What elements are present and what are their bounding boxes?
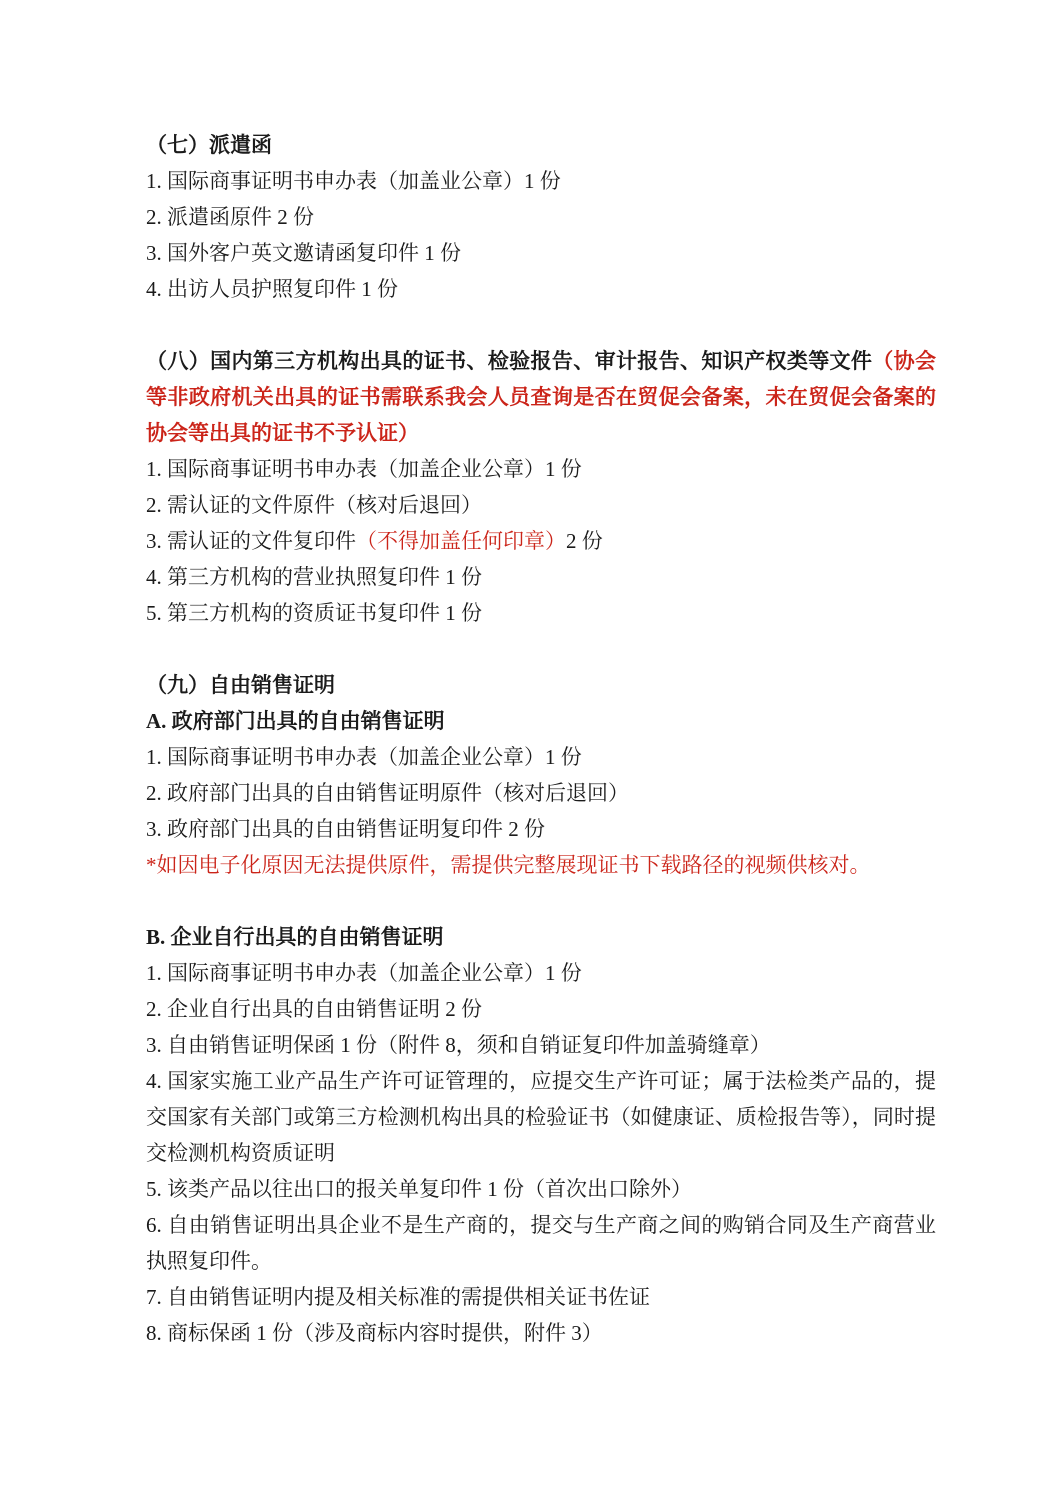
section-9-part-a-red-note: *如因电子化原因无法提供原件，需提供完整展现证书下载路径的视频供核对。 <box>146 847 936 883</box>
section-9-heading: （九）自由销售证明 <box>146 667 936 703</box>
section-8-item-3-red-note: （不得加盖任何印章） <box>356 529 566 553</box>
section-9-free-sale-certificate: （九）自由销售证明 A. 政府部门出具的自由销售证明 1. 国际商事证明书申办表… <box>146 667 936 883</box>
section-7-item-4: 4. 出访人员护照复印件 1 份 <box>146 271 936 307</box>
document-page: （七）派遣函 1. 国际商事证明书申办表（加盖业公章）1 份 2. 派遣函原件 … <box>146 127 936 1351</box>
section-9-part-b-item-3: 3. 自由销售证明保函 1 份（附件 8，须和自销证复印件加盖骑缝章） <box>146 1027 936 1063</box>
section-7-dispatch-letter: （七）派遣函 1. 国际商事证明书申办表（加盖业公章）1 份 2. 派遣函原件 … <box>146 127 936 307</box>
section-8-third-party-documents: （八）国内第三方机构出具的证书、检验报告、审计报告、知识产权类等文件（协会等非政… <box>146 343 936 631</box>
section-9-part-a-item-1: 1. 国际商事证明书申办表（加盖企业公章）1 份 <box>146 739 936 775</box>
section-9-part-b: B. 企业自行出具的自由销售证明 1. 国际商事证明书申办表（加盖企业公章）1 … <box>146 919 936 1351</box>
section-7-item-3: 3. 国外客户英文邀请函复印件 1 份 <box>146 235 936 271</box>
section-8-item-3: 3. 需认证的文件复印件（不得加盖任何印章）2 份 <box>146 523 936 559</box>
section-9-part-a-heading: A. 政府部门出具的自由销售证明 <box>146 703 936 739</box>
section-8-heading: （八）国内第三方机构出具的证书、检验报告、审计报告、知识产权类等文件（协会等非政… <box>146 343 936 451</box>
section-9-part-b-item-6: 6. 自由销售证明出具企业不是生产商的，提交与生产商之间的购销合同及生产商营业执… <box>146 1207 936 1279</box>
section-9-part-b-item-7: 7. 自由销售证明内提及相关标准的需提供相关证书佐证 <box>146 1279 936 1315</box>
section-8-item-4: 4. 第三方机构的营业执照复印件 1 份 <box>146 559 936 595</box>
section-9-part-b-heading: B. 企业自行出具的自由销售证明 <box>146 919 936 955</box>
section-7-item-2: 2. 派遣函原件 2 份 <box>146 199 936 235</box>
section-8-item-3-text: 3. 需认证的文件复印件 <box>146 529 356 553</box>
section-8-item-2: 2. 需认证的文件原件（核对后退回） <box>146 487 936 523</box>
section-9-part-b-item-1: 1. 国际商事证明书申办表（加盖企业公章）1 份 <box>146 955 936 991</box>
section-8-heading-text: （八）国内第三方机构出具的证书、检验报告、审计报告、知识产权类等文件 <box>146 349 872 373</box>
section-9-part-a-item-3: 3. 政府部门出具的自由销售证明复印件 2 份 <box>146 811 936 847</box>
section-8-item-1: 1. 国际商事证明书申办表（加盖企业公章）1 份 <box>146 451 936 487</box>
section-9-part-b-item-2: 2. 企业自行出具的自由销售证明 2 份 <box>146 991 936 1027</box>
section-7-heading: （七）派遣函 <box>146 127 936 163</box>
section-8-item-3-count: 2 份 <box>566 529 603 553</box>
section-8-item-5: 5. 第三方机构的资质证书复印件 1 份 <box>146 595 936 631</box>
section-9-part-a-item-2: 2. 政府部门出具的自由销售证明原件（核对后退回） <box>146 775 936 811</box>
section-9-part-b-item-4: 4. 国家实施工业产品生产许可证管理的，应提交生产许可证；属于法检类产品的，提交… <box>146 1063 936 1171</box>
section-9-part-b-item-5: 5. 该类产品以往出口的报关单复印件 1 份（首次出口除外） <box>146 1171 936 1207</box>
section-9-part-b-item-8: 8. 商标保函 1 份（涉及商标内容时提供，附件 3） <box>146 1315 936 1351</box>
section-7-item-1: 1. 国际商事证明书申办表（加盖业公章）1 份 <box>146 163 936 199</box>
